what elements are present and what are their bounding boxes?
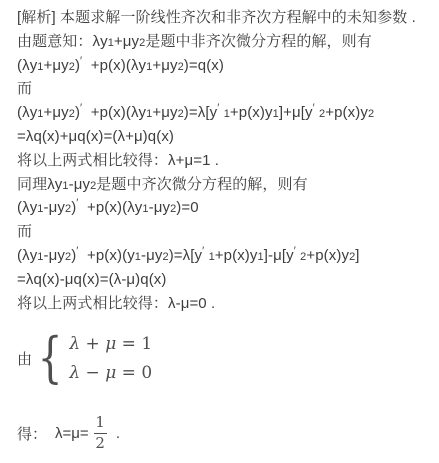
solution-line: =λq(x)+μq(x)=(λ+μ)q(x) [17,125,435,149]
system-equations: λ + μ = 1 λ − μ = 0 [69,332,152,385]
solution-line: (λy1-μy2)′ +p(x)(y1-μy2)=λ[y′ 1+p(x)y1]-… [17,244,435,268]
text-run: -μy [69,176,90,193]
solution-line: 而 [17,220,435,244]
solution-line: 将以上两式相比较得：λ-μ=0 . [17,292,435,316]
subscript-index: 2 [368,108,374,120]
solution-line: 而 [17,77,435,101]
prime-mark: ′ [80,55,82,67]
system-equation-2: λ − μ = 0 [69,361,152,385]
text-run: 由题意知：λy [17,33,108,50]
text-run: +p(x)y [306,247,349,264]
fraction-one-half: 1 2 [94,415,107,452]
text-run: = 0 [116,363,152,383]
text-run: )=0 [176,199,198,216]
text-run: − [80,363,105,383]
text-run: +p(x)y [230,104,273,121]
solution-panel: [解析] 本题求解一阶线性齐次和非齐次方程解中的未知参数 .由题意知：λy1+μ… [0,0,439,452]
text-run: =λq(x)+μq(x)=(λ+μ)q(x) [17,128,174,145]
text-run: 将以上两式相比较得：λ-μ=0 . [17,295,215,312]
prime-mark: ′ [202,245,204,257]
text-run: (λy [17,247,37,264]
text-run: -μy [149,199,170,216]
text-run: + [80,334,105,354]
equation-system: 由 { λ + μ = 1 λ − μ = 0 [17,327,435,389]
text-run: +p(x)(λy [78,199,142,216]
prime-mark: ′ [80,102,82,114]
solution-line: (λy1+μy2)′ +p(x)(λy1+μy2)=λ[y′ 1+p(x)y1]… [17,101,435,125]
text-run: +p(x)y [325,104,368,121]
text-run: 是题中非齐次微分方程的解，则有 [145,33,372,50]
text-run: +p(x)(λy [82,104,146,121]
system-equation-1: λ + μ = 1 [69,332,152,356]
text-run: 而 [17,223,32,240]
math-symbol: μ [105,363,116,383]
text-run: +μy [114,33,139,50]
text-run: (λy [17,57,37,74]
text-run: +p(x)(λy [82,57,146,74]
solution-text: [解析] 本题求解一阶线性齐次和非齐次方程解中的未知参数 .由题意知：λy1+μ… [17,6,435,315]
solution-line: 将以上两式相比较得：λ+μ=1 . [17,149,435,173]
solution-line: (λy1+μy2)′ +p(x)(λy1+μy2)=q(x) [17,54,435,78]
math-symbol: λ [69,363,80,383]
conclusion-expression: λ=μ= [55,425,89,442]
text-run: ]-μ[y [264,247,294,264]
curly-brace: { [38,329,63,387]
conclusion-lead: 得： [17,423,47,444]
text-run: -μy [44,199,65,216]
text-run: -μy [141,247,162,264]
solution-line: =λq(x)-μq(x)=(λ-μ)q(x) [17,268,435,292]
math-symbol: μ [105,334,116,354]
prime-mark: ′ [294,245,296,257]
fraction-denominator: 2 [95,436,105,452]
text-run: ]+μ[y [279,104,313,121]
solution-line: [解析] 本题求解一阶线性齐次和非齐次方程解中的未知参数 . [17,6,435,30]
solution-line: 由题意知：λy1+μy2是题中非齐次微分方程的解，则有 [17,30,435,54]
text-run: 将以上两式相比较得：λ+μ=1 . [17,152,219,169]
text-run: ] [355,247,359,264]
text-run: = 1 [116,334,152,354]
prime-mark: ′ [313,102,315,114]
solution-line: 同理λy1-μy2是题中齐次微分方程的解，则有 [17,173,435,197]
text-run: )=q(x) [184,57,224,74]
fraction-numerator: 1 [95,415,105,431]
text-run: =λq(x)-μq(x)=(λ-μ)q(x) [17,271,166,288]
text-run: +μy [44,104,69,121]
text-run: (λy [17,104,37,121]
text-run: +μy [152,57,177,74]
conclusion-period: . [112,425,120,442]
text-run: )=λ[y [169,247,202,264]
text-run: [解析] 本题求解一阶线性齐次和非齐次方程解中的未知参数 . [17,9,416,26]
text-run: +p(x)y [215,247,258,264]
text-run: +μy [152,104,177,121]
conclusion-line: 得： λ=μ= 1 2 . [17,415,435,452]
text-run: (λy [17,199,37,216]
text-run: +μy [44,57,69,74]
text-run: +p(x)(y [78,247,134,264]
math-symbol: λ [69,334,80,354]
text-run: 是题中齐次微分方程的解，则有 [96,176,307,193]
solution-line: (λy1-μy2)′ +p(x)(λy1-μy2)=0 [17,196,435,220]
text-run: )=λ[y [184,104,217,121]
text-run: -μy [44,247,65,264]
text-run: 而 [17,80,32,97]
text-run: 同理λy [17,176,62,193]
system-lead-label: 由 [17,348,32,369]
